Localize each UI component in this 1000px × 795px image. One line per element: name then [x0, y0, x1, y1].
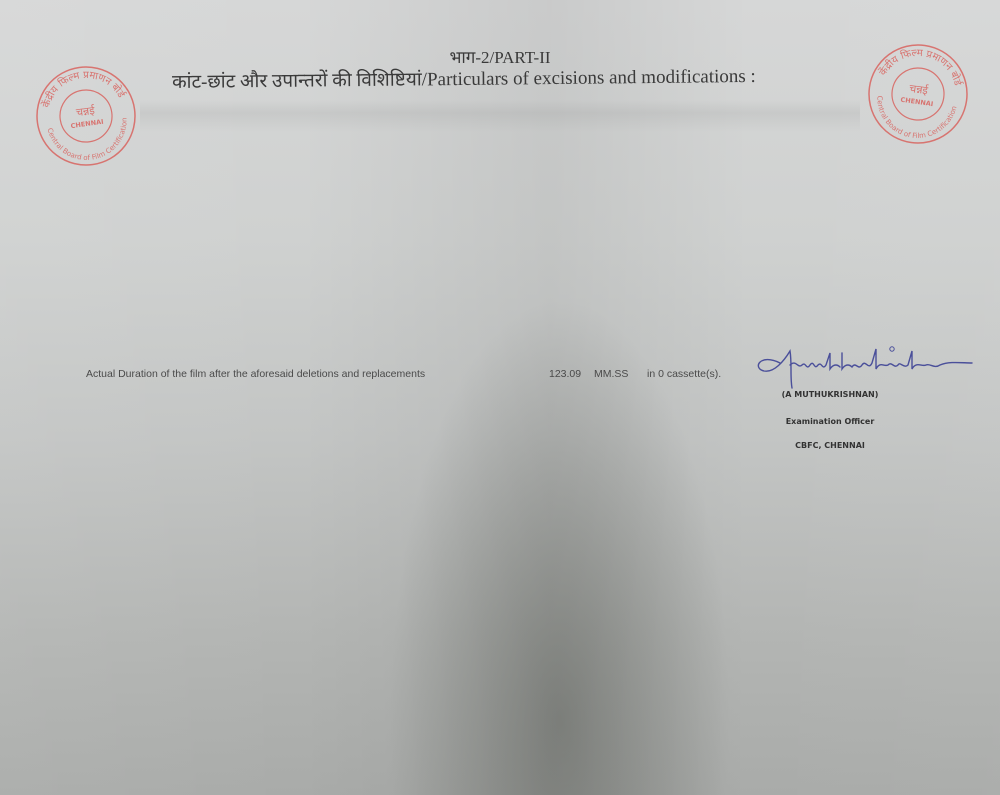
cassette-count: in 0 cassette(s).	[647, 368, 721, 380]
signature-icon	[750, 343, 975, 391]
stamp-seal-icon: केंद्रीय फिल्म प्रमाणन बोर्ड Central Boa…	[27, 57, 144, 174]
stamp-seal-icon: केंद्रीय फिल्म प्रमाणन बोर्ड Central Boa…	[859, 35, 976, 152]
officer-name: (A MUTHUKRISHNAN)	[770, 390, 890, 399]
duration-unit: MM.SS	[594, 368, 628, 380]
bleed-through-band	[140, 100, 860, 132]
duration-value: 123.09	[549, 368, 581, 380]
handwritten-signature	[750, 343, 975, 391]
svg-text:CHENNAI: CHENNAI	[70, 118, 104, 131]
svg-text:केंद्रीय फिल्म प्रमाणन बोर्ड: केंद्रीय फिल्म प्रमाणन बोर्ड	[876, 42, 968, 89]
svg-text:चन्नई: चन्नई	[908, 82, 929, 98]
officer-office: CBFC, CHENNAI	[770, 441, 890, 450]
cbfc-stamp-right: केंद्रीय फिल्म प्रमाणन बोर्ड Central Boa…	[859, 35, 976, 152]
duration-label: Actual Duration of the film after the af…	[86, 368, 425, 380]
cbfc-stamp-left: केंद्रीय फिल्म प्रमाणन बोर्ड Central Boa…	[27, 57, 144, 174]
svg-text:चन्नई: चन्नई	[75, 104, 96, 120]
svg-text:CHENNAI: CHENNAI	[900, 96, 934, 109]
officer-designation: Examination Officer	[770, 417, 890, 426]
svg-text:केंद्रीय फिल्म प्रमाणन बोर्ड: केंद्रीय फिल्म प्रमाणन बोर्ड	[36, 64, 128, 111]
